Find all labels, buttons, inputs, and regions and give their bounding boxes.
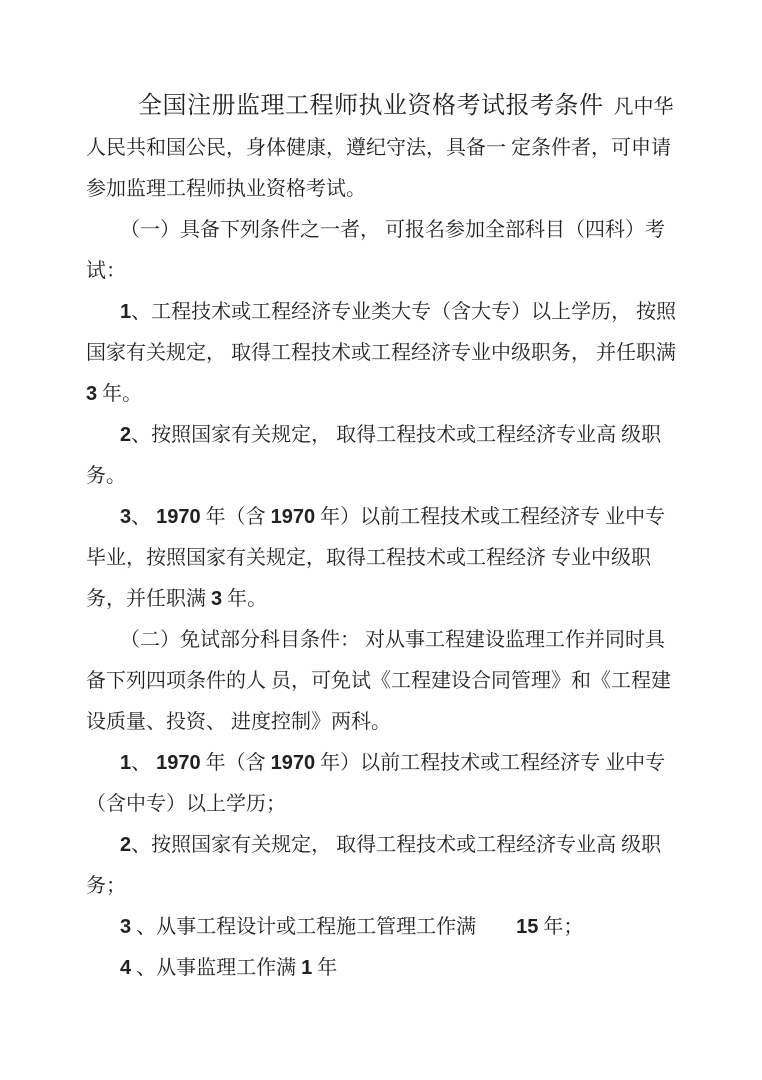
document-body: 全国注册监理工程师执业资格考试报考条件凡中华人民共和国公民，身体健康，遵纪守法，… (0, 0, 762, 989)
section1-item-1: 1、工程技术或工程经济专业类大专（含大专）以上学历， 按照国家有关规定， 取得工… (86, 292, 678, 415)
section1-item-3: 3、 1970 年（含 1970 年）以前工程技术或工程经济专 业中专毕业，按照… (86, 497, 678, 620)
document-page: 全国注册监理工程师执业资格考试报考条件凡中华人民共和国公民，身体健康，遵纪守法，… (0, 0, 762, 1080)
section2-heading: （二）免试部分科目条件： 对从事工程建设监理工作并同时具备下列四项条件的人 员，… (86, 620, 678, 743)
section2-item-3: 3 、从事工程设计或工程施工管理工作满 15 年； (86, 907, 678, 948)
section1-heading: （一）具备下列条件之一者， 可报名参加全部科目（四科）考试： (86, 210, 678, 292)
section2-item-2: 2、按照国家有关规定， 取得工程技术或工程经济专业高 级职务； (86, 825, 678, 907)
section1-item-2: 2、按照国家有关规定， 取得工程技术或工程经济专业高 级职务。 (86, 415, 678, 497)
section2-item-4: 4 、从事监理工作满 1 年 (86, 948, 678, 989)
section2-item-1: 1、 1970 年（含 1970 年）以前工程技术或工程经济专 业中专（含中专）… (86, 743, 678, 825)
intro-paragraph: 全国注册监理工程师执业资格考试报考条件凡中华人民共和国公民，身体健康，遵纪守法，… (86, 86, 678, 210)
document-title: 全国注册监理工程师执业资格考试报考条件 (138, 93, 604, 119)
